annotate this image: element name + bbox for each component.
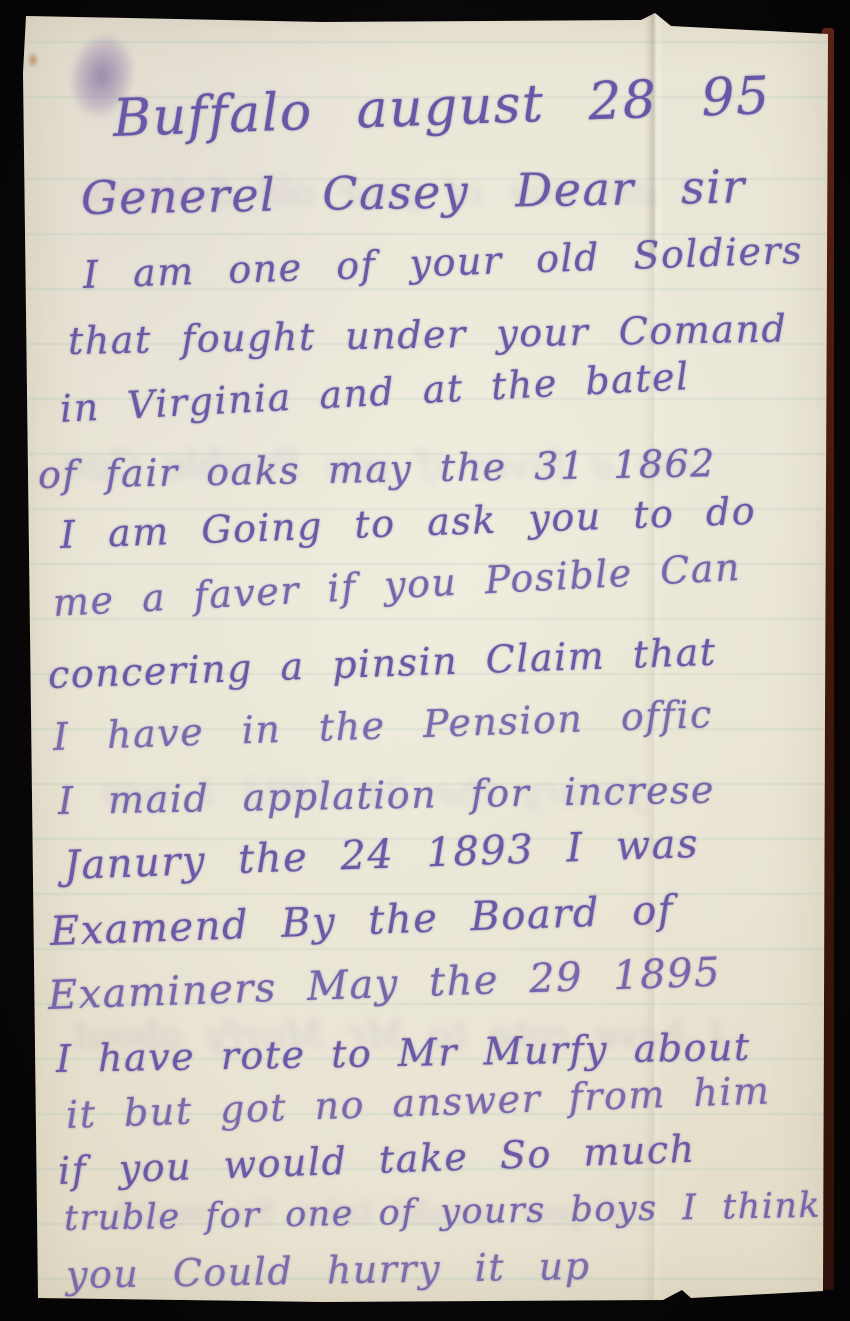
letter-page: I am one of your old Soldiers me a faver…	[23, 13, 829, 1305]
fold-crease-top	[647, 13, 663, 253]
letter-line: you Could hurry it up	[66, 1244, 591, 1297]
photo-background: I am one of your old Soldiers me a faver…	[0, 0, 850, 1321]
rust-spot	[25, 49, 41, 71]
